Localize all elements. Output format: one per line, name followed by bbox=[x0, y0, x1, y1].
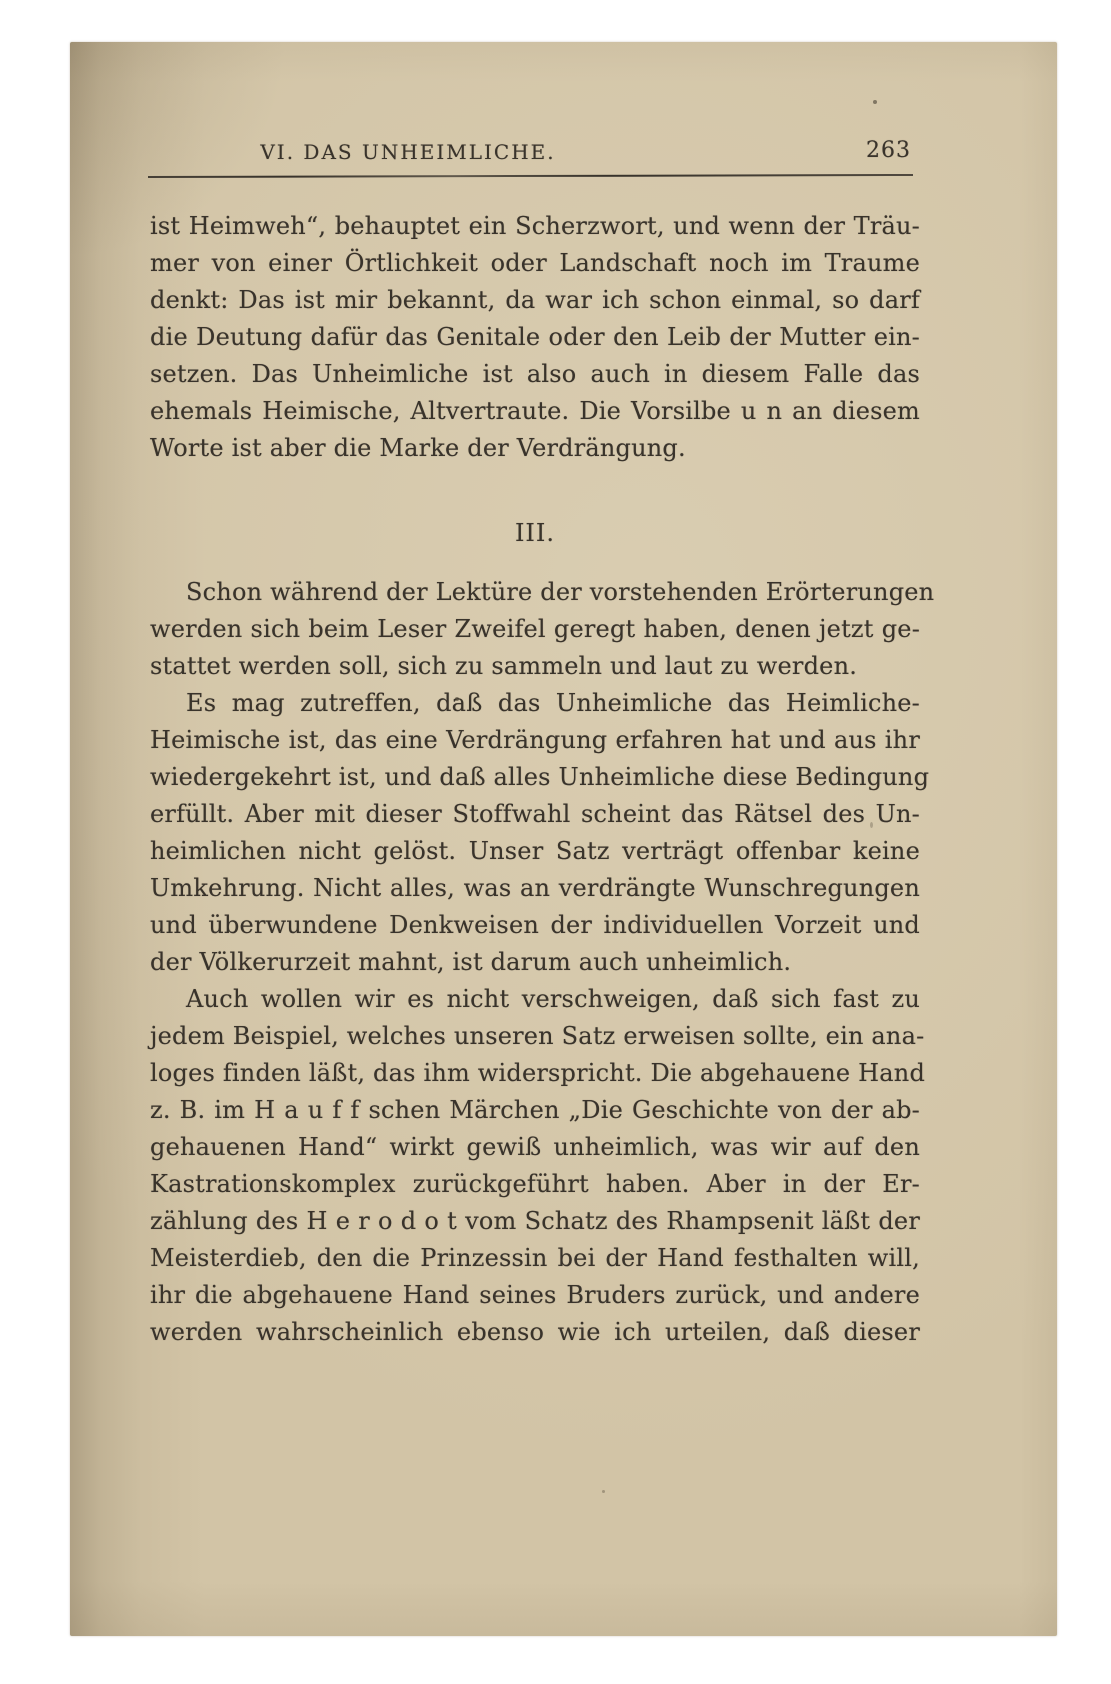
header-rule bbox=[148, 174, 913, 178]
text-line: setzen. Das Unheimliche ist also auch in… bbox=[150, 356, 920, 393]
text-line: werden sich beim Leser Zweifel geregt ha… bbox=[150, 611, 920, 648]
text-line: stattet werden soll, sich zu sammeln und… bbox=[150, 648, 920, 685]
text-line: Kastrationskomplex zurückgeführt haben. … bbox=[150, 1166, 920, 1203]
paragraph: Es mag zutreffen, daß das Unheimliche da… bbox=[150, 685, 920, 981]
text-line: Es mag zutreffen, daß das Unheimliche da… bbox=[150, 685, 920, 722]
text-line: gehauenen Hand“ wirkt gewiß unheimlich, … bbox=[150, 1129, 920, 1166]
text-line: Worte ist aber die Marke der Verdrängung… bbox=[150, 430, 920, 467]
book-page: VI. DAS UNHEIMLICHE. 263 ist Heimweh“, b… bbox=[70, 42, 1057, 1636]
text-line: Meisterdieb, den die Prinzessin bei der … bbox=[150, 1240, 920, 1277]
paper-speck bbox=[870, 822, 873, 828]
text-line: der Völkerurzeit mahnt, ist darum auch u… bbox=[150, 944, 920, 981]
text-line: loges finden läßt, das ihm widerspricht.… bbox=[150, 1055, 920, 1092]
section-heading: III. bbox=[150, 515, 920, 552]
text-line: Schon während der Lektüre der vorstehend… bbox=[150, 574, 920, 611]
paragraph: Schon während der Lektüre der vorstehend… bbox=[150, 574, 920, 685]
text-line: z. B. im H a u f f schen Märchen „Die Ge… bbox=[150, 1092, 920, 1129]
text-line: Auch wollen wir es nicht verschweigen, d… bbox=[150, 981, 920, 1018]
text-line: werden wahrscheinlich ebenso wie ich urt… bbox=[150, 1314, 920, 1351]
scan-canvas: VI. DAS UNHEIMLICHE. 263 ist Heimweh“, b… bbox=[0, 0, 1111, 1684]
running-title: VI. DAS UNHEIMLICHE. bbox=[260, 140, 555, 164]
text-line: mer von einer Örtlichkeit oder Landschaf… bbox=[150, 245, 920, 282]
paper-speck bbox=[873, 100, 877, 104]
text-line: zählung des H e r o d o t vom Schatz des… bbox=[150, 1203, 920, 1240]
text-block: ist Heimweh“, behauptet ein Scherzwort, … bbox=[150, 208, 920, 1351]
text-line: ihr die abgehauene Hand seines Bruders z… bbox=[150, 1277, 920, 1314]
text-line: Heimische ist, das eine Verdrängung erfa… bbox=[150, 722, 920, 759]
text-line: jedem Beispiel, welches unseren Satz erw… bbox=[150, 1018, 920, 1055]
paragraph: Auch wollen wir es nicht verschweigen, d… bbox=[150, 981, 920, 1351]
paper-speck bbox=[455, 697, 459, 701]
text-line: ehemals Heimische, Altvertraute. Die Vor… bbox=[150, 393, 920, 430]
text-line: denkt: Das ist mir bekannt, da war ich s… bbox=[150, 282, 920, 319]
paragraph: ist Heimweh“, behauptet ein Scherzwort, … bbox=[150, 208, 920, 467]
page-number: 263 bbox=[866, 138, 911, 163]
paper-speck bbox=[602, 1490, 605, 1493]
text-line: und überwundene Denkweisen der individue… bbox=[150, 907, 920, 944]
text-line: Umkehrung. Nicht alles, was an verdrängt… bbox=[150, 870, 920, 907]
text-line: die Deutung dafür das Genitale oder den … bbox=[150, 319, 920, 356]
text-line: ist Heimweh“, behauptet ein Scherzwort, … bbox=[150, 208, 920, 245]
text-line: erfüllt. Aber mit dieser Stoffwahl schei… bbox=[150, 796, 920, 833]
text-line: heimlichen nicht gelöst. Unser Satz vert… bbox=[150, 833, 920, 870]
text-line: wiedergekehrt ist, und daß alles Unheiml… bbox=[150, 759, 920, 796]
